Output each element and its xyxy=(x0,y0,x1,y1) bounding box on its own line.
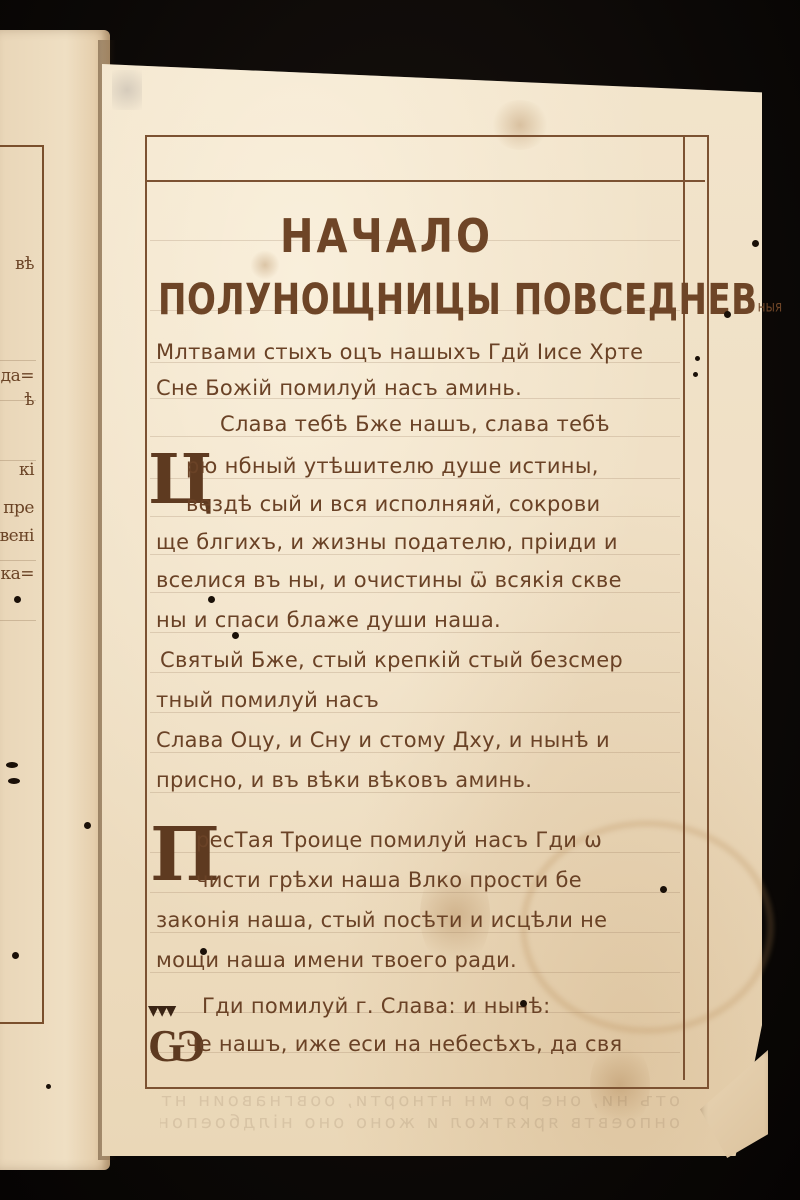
ink-dot xyxy=(12,952,19,959)
ink-dot xyxy=(693,372,698,377)
text-line: рю нбный утѣшителю душе истины, xyxy=(186,454,716,478)
title-polunoshchnitsy: ПОЛУНОЩНИЦЫ ПОВСЕДНЕВныя xyxy=(158,275,782,325)
text-line: Млтвами стыхъ оцъ нашыхъ Гдй Іисе Хрте xyxy=(156,340,686,364)
left-page-frame xyxy=(0,145,44,1024)
ink-dot xyxy=(724,311,731,318)
title-nachalo: НАЧАЛО xyxy=(280,211,493,264)
ink-dot xyxy=(14,596,21,603)
text-line: Слава тебѣ Бже нашъ, слава тебѣ xyxy=(220,412,750,436)
text-line: ще блгихъ, и жизны подателю, пріиди и xyxy=(156,530,686,554)
text-line: вездѣ сый и вся исполняяй, сокрови xyxy=(186,492,716,516)
left-fragment: да= xyxy=(0,366,34,386)
title-main: ПОЛУНОЩНИЦЫ ПОВСЕДНЕВ xyxy=(158,275,758,325)
text-line: законія наша, стый посѣти и исцѣли не xyxy=(156,908,686,932)
ink-dot xyxy=(208,596,215,603)
ink-dot xyxy=(84,822,91,829)
title-superscript: ныя xyxy=(758,298,783,316)
left-fragment: вѣ xyxy=(0,254,34,274)
left-ruling xyxy=(0,620,36,621)
bleed-through-text: онпоевтв яркяткол и жоно оно нілдбоепон xyxy=(160,1112,680,1133)
ink-dot xyxy=(660,886,667,893)
left-fragment: пре xyxy=(0,498,34,518)
bleed-through-text: отъ ни, оне ро мн нтнорти, оовгнавоин нт… xyxy=(160,1090,680,1111)
text-line: тный помилуй насъ xyxy=(156,688,686,712)
text-line: Сне Божій помилуй насъ аминь. xyxy=(156,376,686,400)
rubric-marks: ▼▼▼ xyxy=(148,1003,174,1019)
text-line: Гди помилуй г. Слава: и нынѣ: xyxy=(202,994,732,1018)
left-fragment: ка= xyxy=(0,564,34,584)
ink-dot xyxy=(520,1000,527,1007)
text-line: ны и спаси блаже души наша. xyxy=(156,608,686,632)
left-ruling xyxy=(0,360,36,361)
left-ruling xyxy=(0,560,36,561)
text-line: че нашъ, иже еси на небесѣхъ, да свя xyxy=(186,1032,716,1056)
ink-dot xyxy=(46,1084,51,1089)
text-line: мощи наша имени твоего ради. xyxy=(156,948,686,972)
ink-dot xyxy=(200,948,207,955)
text-line: Святый Бже, стый крепкій стый безсмер xyxy=(160,648,690,672)
text-line: вселися въ ны, и очистины ѿ всякія скве xyxy=(156,568,686,592)
header-rule xyxy=(145,180,705,182)
left-fragment: кі xyxy=(0,460,34,480)
text-line: Слава Оцу, и Сну и стому Дху, и нынѣ и xyxy=(156,728,686,752)
ink-dot xyxy=(6,762,18,768)
ink-dot xyxy=(232,632,239,639)
ink-dot xyxy=(752,240,759,247)
ink-dot xyxy=(695,356,700,361)
text-line: присно, и въ вѣки вѣковъ аминь. xyxy=(156,768,686,792)
text-line: чисти грѣхи наша Влко прости бе xyxy=(196,868,726,892)
page-tear xyxy=(112,70,142,110)
text-line: ресТая Троице помилуй насъ Гди ѡ xyxy=(196,828,726,852)
left-fragment: ѣ xyxy=(0,390,34,410)
ink-dot xyxy=(8,778,20,784)
left-fragment: вені xyxy=(0,526,34,546)
